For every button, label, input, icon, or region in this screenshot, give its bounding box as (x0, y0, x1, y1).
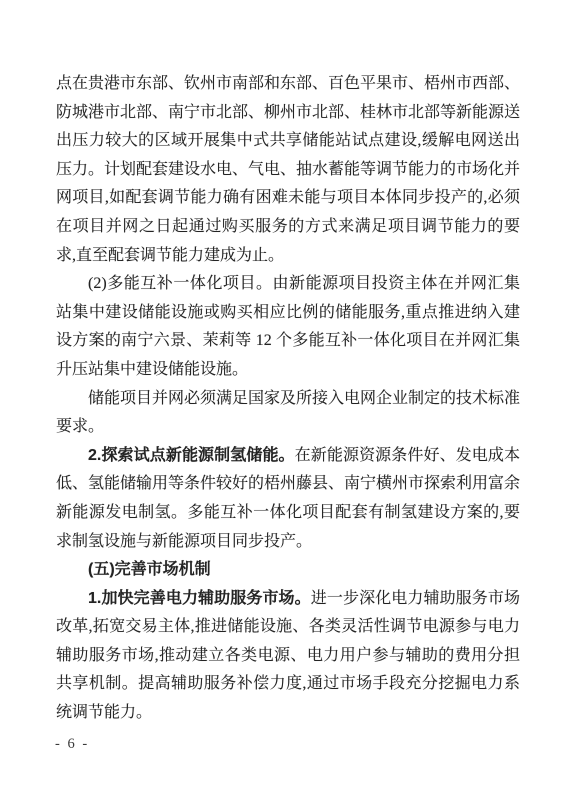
section-heading-text: (五)完善市场机制 (88, 561, 211, 578)
document-body: 点在贵港市东部、钦州市南部和东部、百色平果市、梧州市西部、防城港市北部、南宁市北… (56, 70, 520, 728)
paragraph-hydrogen-storage: 2.探索试点新能源制氢储能。在新能源资源条件好、发电成本低、氢能储输用等条件较好… (56, 442, 520, 556)
section-heading-market-mechanism: (五)完善市场机制 (56, 556, 520, 585)
paragraph-lead-bold: 2.探索试点新能源制氢储能。 (88, 447, 295, 464)
paragraph-lead-bold: 1.加快完善电力辅助服务市场。 (88, 590, 311, 607)
paragraph-text: 储能项目并网必须满足国家及所接入电网企业制定的技术标准要求。 (56, 390, 520, 436)
paragraph-text: 点在贵港市东部、钦州市南部和东部、百色平果市、梧州市西部、防城港市北部、南宁市北… (56, 75, 520, 264)
paragraph-text: (2)多能互补一体化项目。由新能源项目投资主体在并网汇集站集中建设储能设施或购买… (56, 275, 520, 378)
paragraph-continuation: 点在贵港市东部、钦州市南部和东部、百色平果市、梧州市西部、防城港市北部、南宁市北… (56, 70, 520, 270)
paragraph-grid-connection-standard: 储能项目并网必须满足国家及所接入电网企业制定的技术标准要求。 (56, 385, 520, 442)
paragraph-ancillary-services-market: 1.加快完善电力辅助服务市场。进一步深化电力辅助服务市场改革,拓宽交易主体,推进… (56, 585, 520, 728)
document-page: 点在贵港市东部、钦州市南部和东部、百色平果市、梧州市西部、防城港市北部、南宁市北… (0, 0, 565, 800)
paragraph-multi-energy-project: (2)多能互补一体化项目。由新能源项目投资主体在并网汇集站集中建设储能设施或购买… (56, 270, 520, 384)
paragraph-text: 进一步深化电力辅助服务市场改革,拓宽交易主体,推进储能设施、各类灵活性调节电源参… (56, 590, 520, 721)
page-number: - 6 - (55, 736, 89, 753)
